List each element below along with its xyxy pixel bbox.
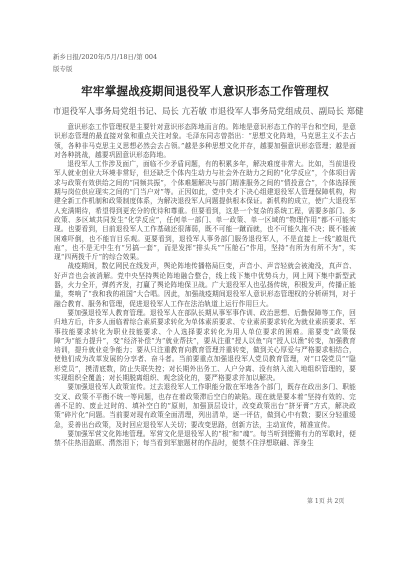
article-paragraph: 要加强军营文化阵地管理。军营文化是退役军人的“根”和“魂”。每当听到铿锵有力的军… bbox=[54, 430, 356, 449]
article-paragraph: 战疫期间，数亿网民在线发声，舆论阵地传播格局巨变，声音小、声音轻就会被淹没，真声… bbox=[54, 262, 356, 308]
article-paragraph: 要加强退役军人教育管理。退役军人在部队长期从事军事作训、政治思想、后勤保障等工作… bbox=[54, 309, 356, 383]
article-paragraph: 意识形态工作管理权是主要针对意识形态阵地而言的。阵地是意识形态工作的平台和空间，… bbox=[54, 123, 356, 160]
page-indicator: 第 1页 共 2页 bbox=[307, 496, 344, 505]
document-page: 新乡日报/2020年/5月/18日/第 004 版专版 牢牢掌握战疫期间退役军人… bbox=[0, 0, 410, 580]
article-byline: 市退役军人事务局党组书记、局长 亢若敏 市退役军人事务局党组成员、副局长 郑健 bbox=[53, 105, 363, 117]
article-title: 牢牢掌握战疫期间退役军人意识形态工作管理权 bbox=[0, 83, 410, 99]
article-body: 意识形态工作管理权是主要针对意识形态阵地而言的。阵地是意识形态工作的平台和空间，… bbox=[54, 123, 356, 448]
article-paragraph: 退役军人工作涉及面广，面临不少矛盾问题，有的积累多年，解决难度非常大。比如，当前… bbox=[54, 160, 356, 262]
newspaper-source-line: 新乡日报/2020年/5月/18日/第 004 bbox=[53, 53, 157, 61]
newspaper-section-line: 版专版 bbox=[53, 65, 73, 73]
article-paragraph: 要加强退役军人政策宣传。过去退役军人工作职能分散在军地各个部门，既存在政出多门、… bbox=[54, 383, 356, 429]
